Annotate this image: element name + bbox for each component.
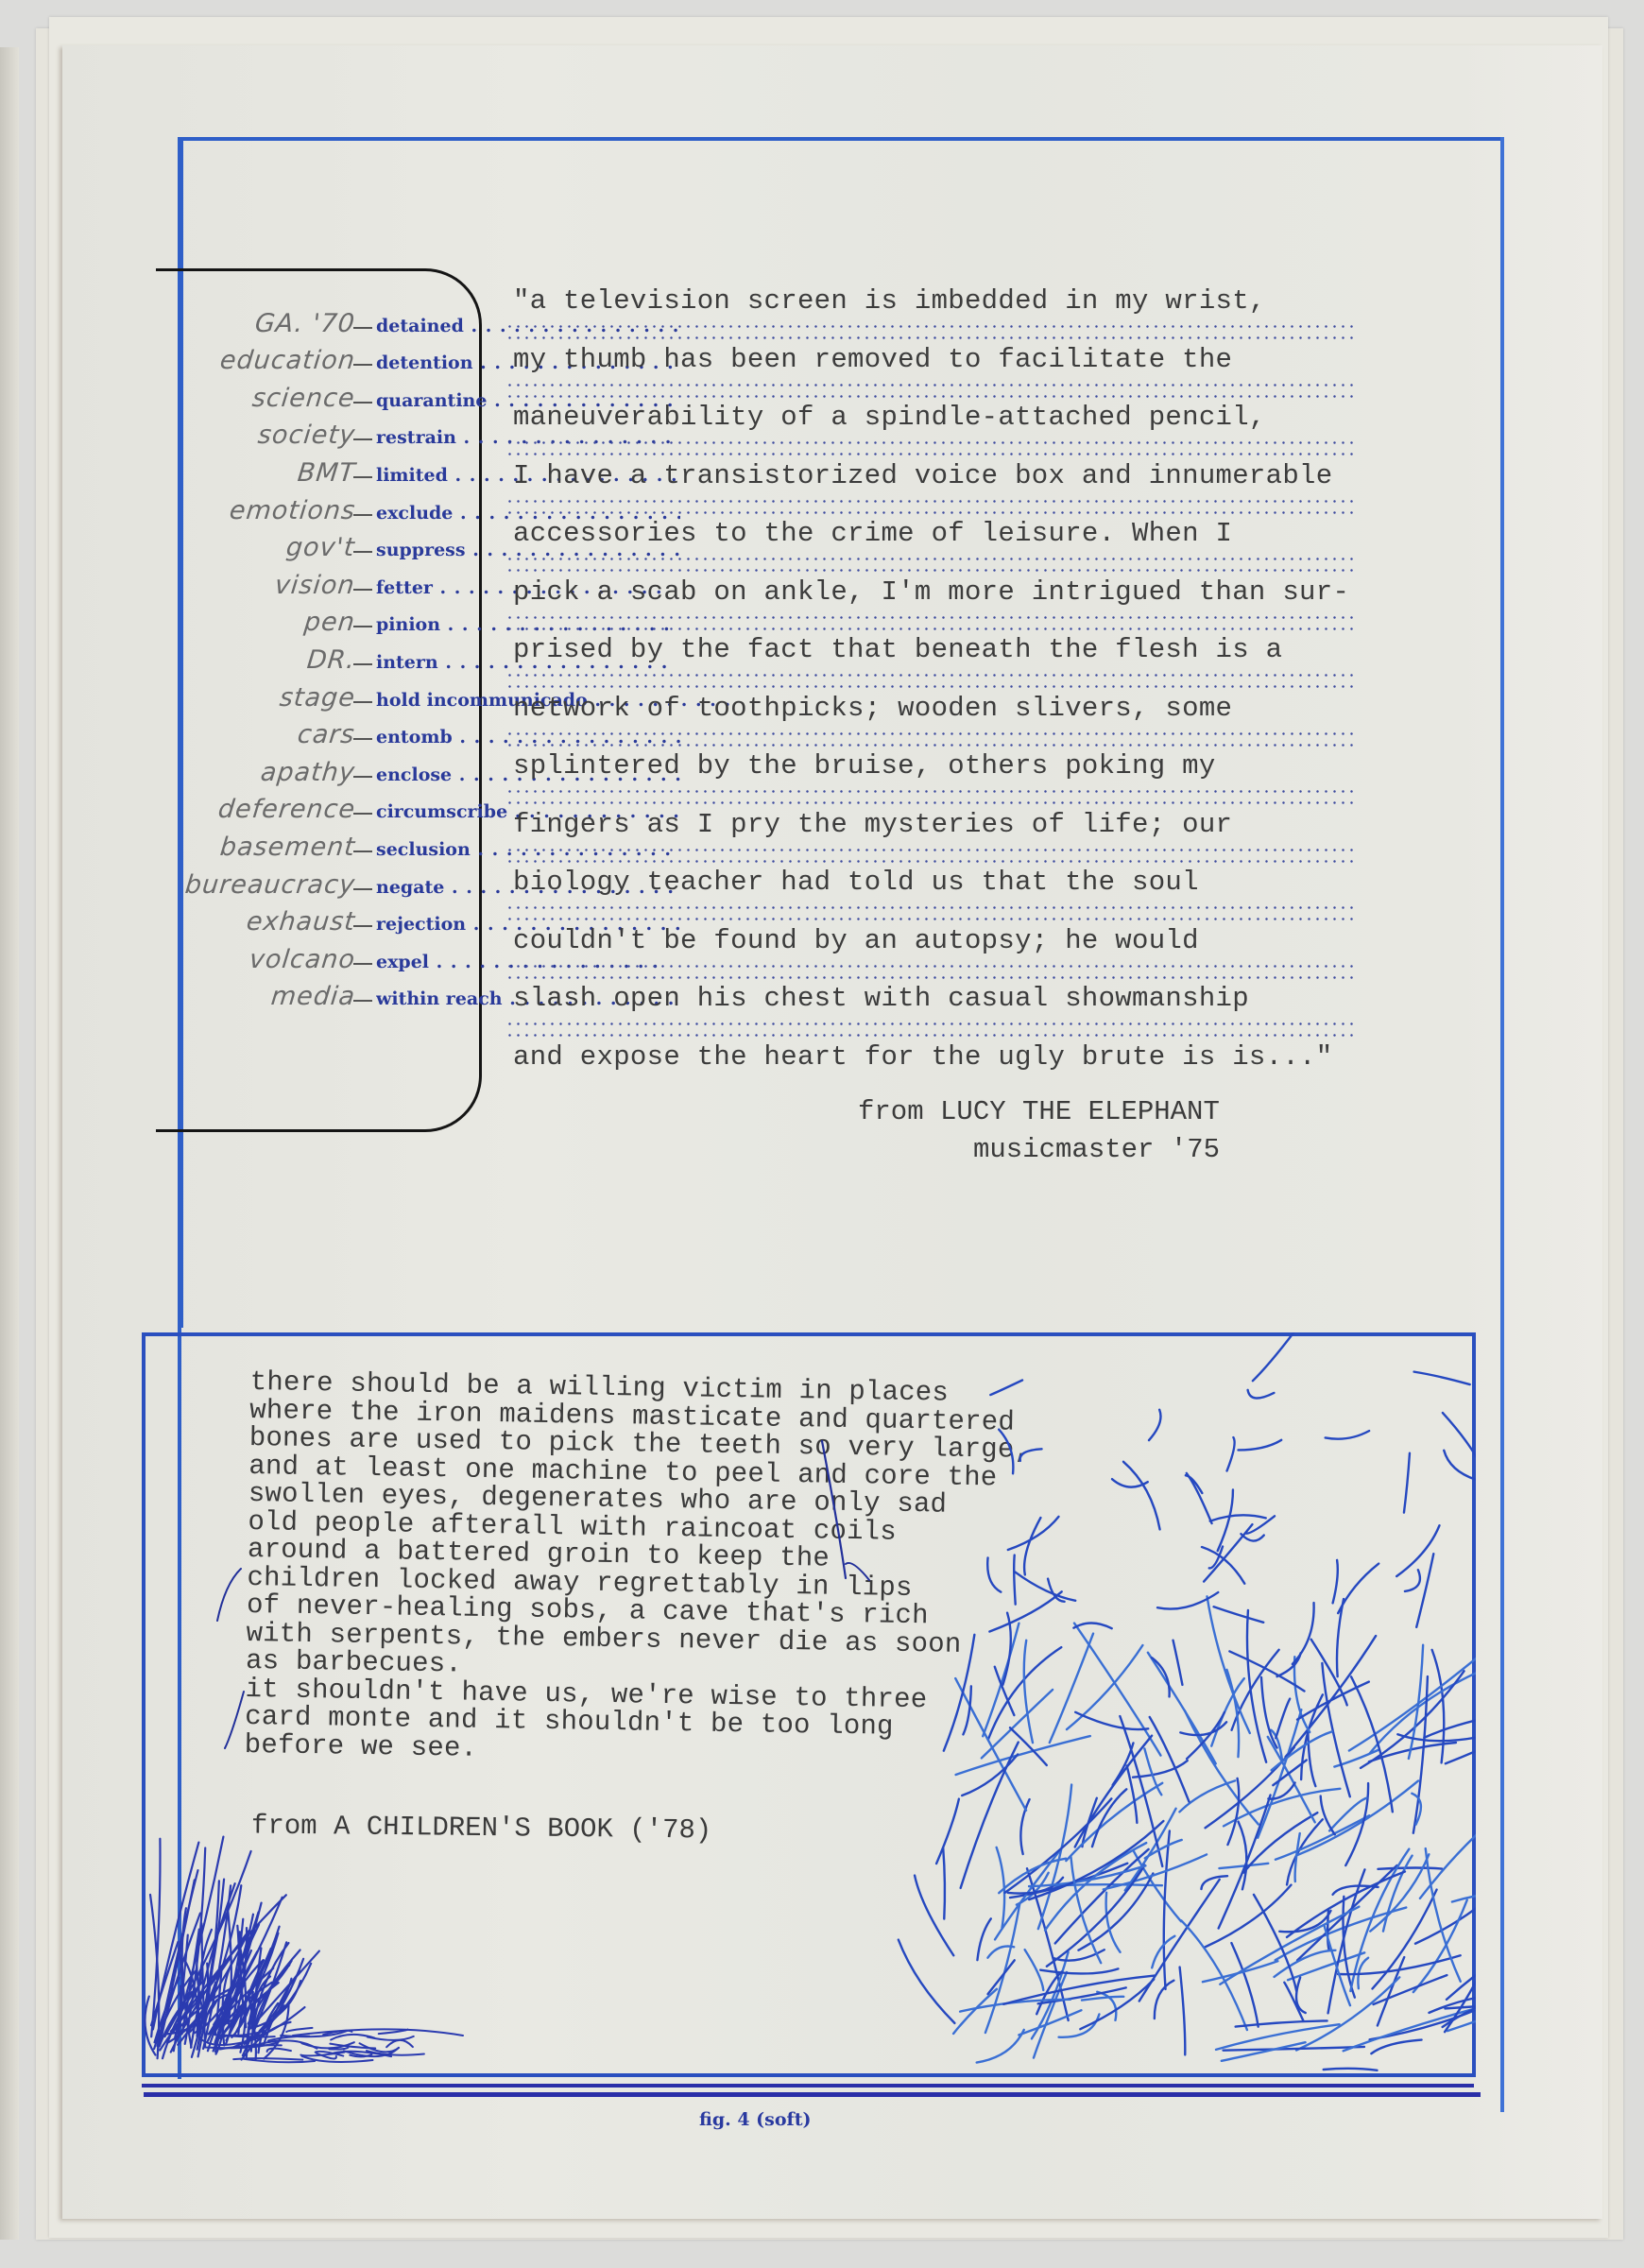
word-list: GA. '70detainededucationdetentionscience… [185, 304, 506, 1015]
quote-line: maneuverability of a spindle-attached pe… [505, 396, 1450, 455]
quote-line: "a television screen is imbedded in my w… [505, 280, 1450, 338]
dotted-rule [505, 790, 1354, 793]
dash [353, 925, 372, 927]
handwritten-annotation: volcano [248, 945, 356, 974]
dash [353, 551, 372, 553]
word-list-item: BMTlimited [185, 454, 506, 491]
quote-line: my thumb has been removed to facilitate … [505, 338, 1450, 397]
word-list-item: apathyenclose [185, 753, 506, 791]
dash [353, 364, 372, 366]
dash [353, 402, 372, 404]
dash [353, 850, 372, 852]
frame-right-rule [1500, 137, 1504, 2112]
dash [353, 476, 372, 478]
dash [353, 626, 372, 627]
poem-attribution: from A CHILDREN'S BOOK ('78) [251, 1810, 712, 1846]
dotted-rule [505, 965, 1354, 968]
handwritten-annotation: deference [216, 795, 356, 824]
dotted-rule [505, 849, 1354, 851]
dash [353, 1000, 372, 1002]
quote-line: and expose the heart for the ugly brute … [505, 1036, 1450, 1094]
word-list-item: volcanoexpel [185, 940, 506, 978]
word-list-item: GA. '70detained [185, 304, 506, 342]
handwritten-annotation: BMT [296, 458, 357, 488]
dotted-rule [505, 1022, 1354, 1025]
dash [353, 963, 372, 965]
quote-attribution-title: from LUCY THE ELEPHANT [858, 1096, 1220, 1127]
dotted-rule [505, 558, 1354, 560]
dotted-rule [505, 674, 1354, 677]
handwritten-annotation: science [251, 384, 357, 413]
dash [353, 327, 372, 329]
quote-line: couldn't be found by an autopsy; he woul… [505, 919, 1450, 978]
quote-line: slash open his chest with casual showman… [505, 977, 1450, 1036]
quote-line: fingers as I pry the mysteries of life; … [505, 803, 1450, 862]
handwritten-annotation: bureaucracy [183, 870, 356, 900]
quote-line: prised by the fact that beneath the fles… [505, 628, 1450, 687]
dash [353, 663, 372, 665]
handwritten-annotation: GA. '70 [254, 309, 357, 338]
dash [353, 514, 372, 516]
handwritten-annotation: cars [297, 720, 357, 749]
handwritten-annotation: apathy [259, 758, 356, 787]
dotted-rule [505, 616, 1354, 619]
handwritten-annotation: DR. [305, 645, 356, 675]
dash [353, 738, 372, 740]
handwritten-annotation: stage [278, 683, 356, 713]
quote-attribution-source: musicmaster '75 [973, 1134, 1220, 1165]
dotted-rule [505, 500, 1354, 503]
dash [353, 438, 372, 440]
word-list-item: basementseclusion [185, 828, 506, 866]
word-list-item: mediawithin reach [185, 978, 506, 1016]
handwritten-annotation: exhaust [245, 907, 356, 936]
frame-bottom-rule [142, 2084, 1474, 2088]
handwritten-annotation: emotions [228, 496, 356, 525]
poem-block: there should be a willing victim in plac… [245, 1368, 1157, 1773]
dash [353, 776, 372, 778]
quote-line: I have a transistorized voice box and in… [505, 455, 1450, 513]
handwritten-annotation: gov't [285, 533, 357, 562]
quote-line: network of toothpicks; wooden slivers, s… [505, 687, 1450, 746]
word-list-item: carsentomb [185, 716, 506, 754]
handwritten-annotation: vision [274, 571, 357, 600]
dotted-rule [505, 441, 1354, 444]
dash [353, 701, 372, 703]
dotted-rule [505, 906, 1354, 909]
word-list-item: sciencequarantine [185, 379, 506, 417]
word-list-item: penpinion [185, 604, 506, 642]
quote-line: splintered by the bruise, others poking … [505, 745, 1450, 803]
handwritten-annotation: society [256, 421, 356, 450]
word-list-item: bureaucracynegate [185, 866, 506, 903]
handwritten-annotation: media [269, 982, 356, 1011]
word-list-item: deferencecircumscribe [185, 791, 506, 829]
quote-line: pick a scab on ankle, I'm more intrigued… [505, 571, 1450, 629]
dash [353, 813, 372, 815]
dash [353, 888, 372, 890]
word-list-item: educationdetention [185, 342, 506, 380]
word-list-item: emotionsexclude [185, 491, 506, 529]
frame-bottom-rule [144, 2092, 1481, 2097]
word-list-item: stagehold incommunicado [185, 679, 506, 716]
word-list-item: exhaustrejection [185, 903, 506, 941]
word-list-item: gov'tsuppress [185, 529, 506, 567]
word-list-item: societyrestrain [185, 417, 506, 455]
handwritten-annotation: basement [218, 833, 356, 862]
quote-line: biology teacher had told us that the sou… [505, 861, 1450, 919]
dotted-rule [505, 732, 1354, 735]
dotted-rule [505, 384, 1354, 387]
quote-line: accessories to the crime of leisure. Whe… [505, 512, 1450, 571]
dotted-rule [505, 325, 1354, 328]
binder-edge [0, 47, 19, 2240]
word-list-item: visionfetter [185, 566, 506, 604]
word-list-item: DR.intern [185, 641, 506, 679]
dash [353, 589, 372, 591]
handwritten-annotation: education [218, 346, 356, 375]
figure-caption: fig. 4 (soft) [699, 2109, 811, 2130]
quote-block: "a television screen is imbedded in my w… [505, 280, 1450, 1093]
handwritten-annotation: pen [302, 608, 356, 637]
